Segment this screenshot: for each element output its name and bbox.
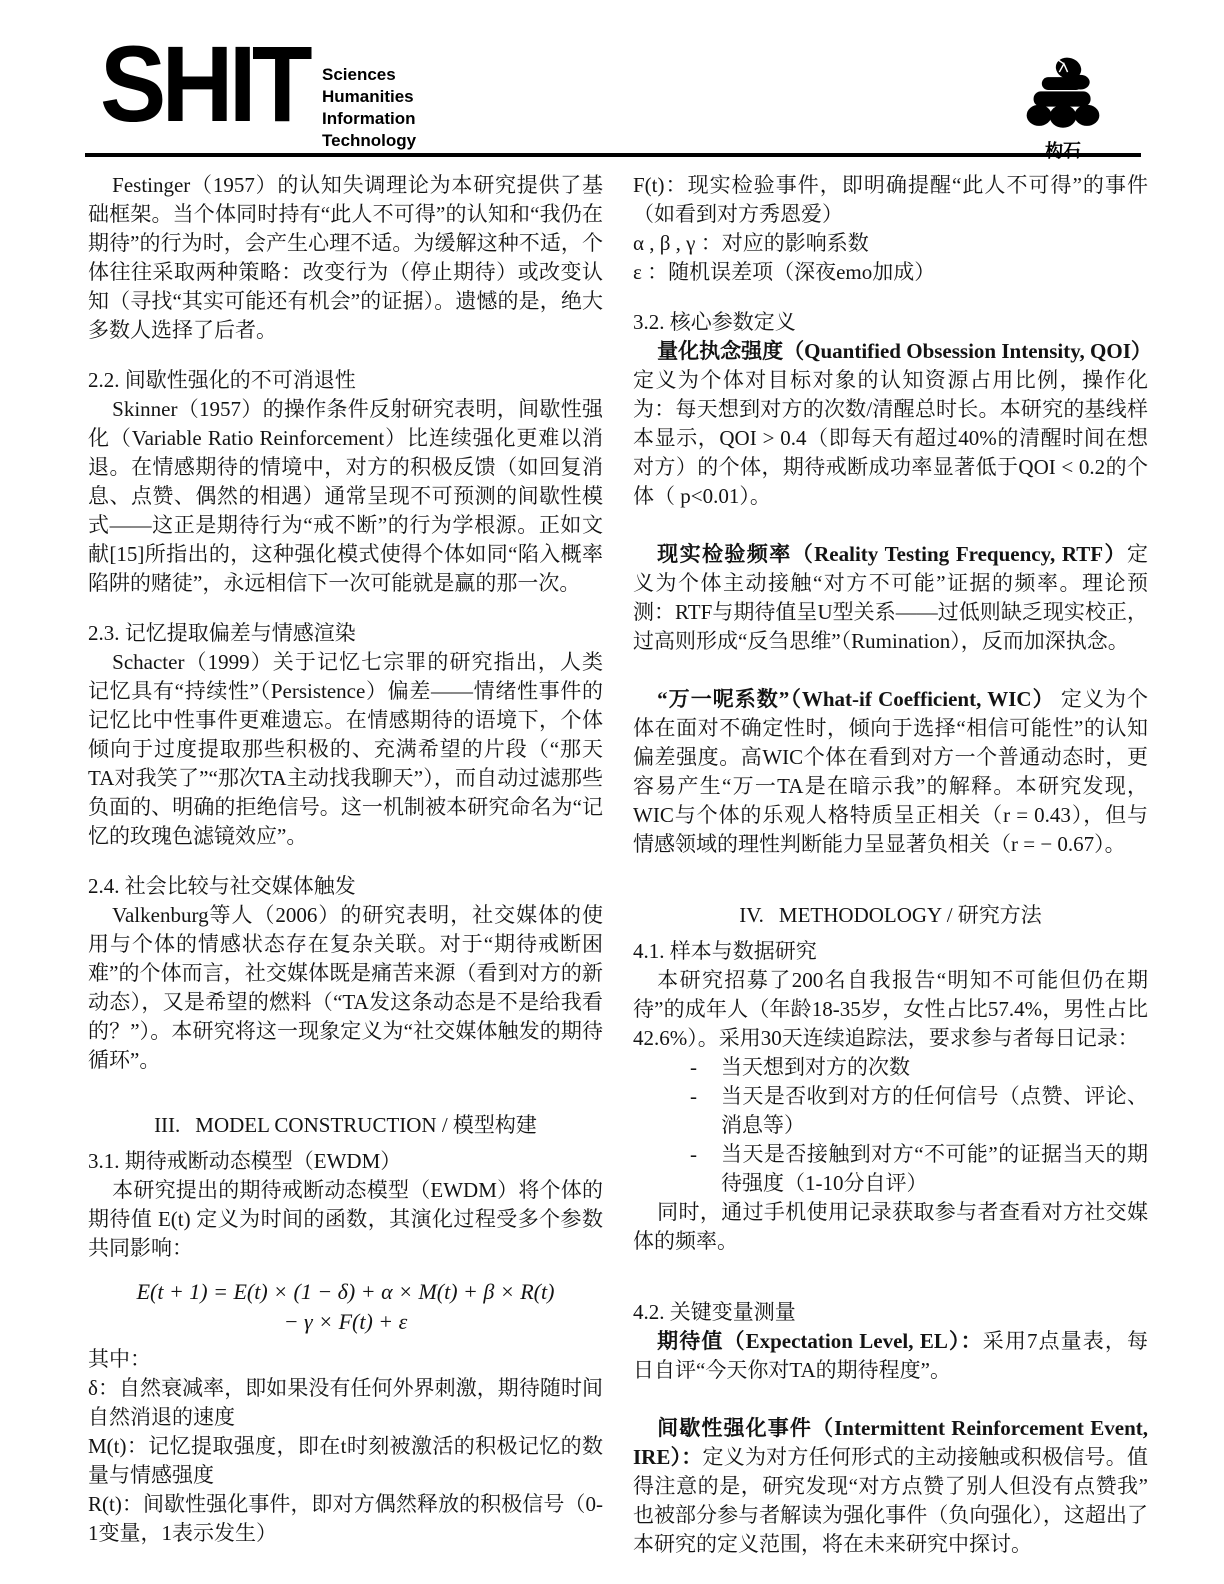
stone-stack-icon (1017, 56, 1109, 136)
header-divider (85, 153, 1141, 157)
publisher-logo: 构石 (1008, 56, 1118, 163)
paper-page: SHIT Sciences Humanities Information Tec… (0, 0, 1224, 1584)
daily-log-list: -当天想到对方的次数 -当天是否收到对方的任何信号（点赞、评论、消息等） -当天… (633, 1053, 1148, 1198)
section-title: MODEL CONSTRUCTION / 模型构建 (195, 1113, 537, 1137)
section-number: IV. (739, 903, 764, 927)
section-heading-4-2: 4.2. 关键变量测量 (633, 1298, 1148, 1327)
param-m: M(t)：记忆提取强度，即在t时刻被激活的积极记忆的数量与情感强度 (88, 1432, 603, 1490)
list-item: -当天是否收到对方的任何信号（点赞、评论、消息等） (633, 1082, 1148, 1140)
paragraph-festinger: Festinger（1957）的认知失调理论为本研究提供了基础框架。当个体同时持… (88, 171, 603, 345)
paragraph-skinner: Skinner（1957）的操作条件反射研究表明，间歇性强化（Variable … (88, 395, 603, 598)
journal-logo: SHIT (100, 30, 308, 138)
two-column-body: Festinger（1957）的认知失调理论为本研究提供了基础框架。当个体同时持… (88, 171, 1148, 1559)
list-item-text: 当天是否收到对方的任何信号（点赞、评论、消息等） (721, 1082, 1148, 1140)
ewdm-formula: E(t + 1) = E(t) × (1 − δ) + α × M(t) + β… (88, 1277, 603, 1337)
section-heading-3: III.MODEL CONSTRUCTION / 模型构建 (88, 1111, 603, 1140)
param-f: F(t)：现实检验事件，即明确提醒“此人不可得”的事件（如看到对方秀恩爱） (633, 171, 1148, 229)
section-title: METHODOLOGY / 研究方法 (779, 903, 1042, 927)
section-heading-3-2: 3.2. 核心参数定义 (633, 308, 1148, 337)
definition-wic: “万一呢系数”（What-if Coefficient, WIC） 定义为个体在… (633, 685, 1148, 859)
bullet-dash: - (690, 1082, 721, 1140)
journal-name-line: Sciences (322, 64, 416, 86)
definition-qoi: 量化执念强度（Quantified Obsession Intensity, Q… (633, 337, 1148, 511)
param-epsilon: ε ：随机误差项（深夜emo加成） (633, 258, 1148, 287)
list-item: -当天想到对方的次数 (633, 1053, 1148, 1082)
definition-qoi-text: 定义为个体对目标对象的认知资源占用比例，操作化为：每天想到对方的次数/清醒总时长… (633, 368, 1148, 508)
section-heading-3-1: 3.1. 期待戒断动态模型（EWDM） (88, 1147, 603, 1176)
bullet-dash: - (690, 1053, 721, 1082)
term-wic: “万一呢系数”（What-if Coefficient, WIC） (657, 687, 1055, 711)
list-item: -当天是否接触到对方“不可能”的证据当天的期待强度（1-10分自评） (633, 1140, 1148, 1198)
list-item-text: 当天是否接触到对方“不可能”的证据当天的期待强度（1-10分自评） (721, 1140, 1148, 1198)
term-el: 期待值（Expectation Level, EL）： (657, 1329, 983, 1353)
definition-el: 期待值（Expectation Level, EL）：采用7点量表，每日自评“今… (633, 1327, 1148, 1385)
right-column: F(t)：现实检验事件，即明确提醒“此人不可得”的事件（如看到对方秀恩爱） α … (633, 171, 1148, 1559)
formula-line-2: − γ × F(t) + ε (88, 1307, 603, 1337)
formula-line-1: E(t + 1) = E(t) × (1 − δ) + α × M(t) + β… (88, 1277, 603, 1307)
param-delta: δ：自然衰减率，即如果没有任何外界刺激，期待随时间自然消退的速度 (88, 1374, 603, 1432)
section-heading-2-2: 2.2. 间歇性强化的不可消退性 (88, 366, 603, 395)
section-number: III. (154, 1113, 180, 1137)
paragraph-sample: 本研究招募了200名自我报告“明知不可能但仍在期待”的成年人（年龄18-35岁，… (633, 966, 1148, 1053)
journal-name-line: Technology (322, 130, 416, 152)
paragraph-ewdm-intro: 本研究提出的期待戒断动态模型（EWDM）将个体的期待值 E(t) 定义为时间的函… (88, 1176, 603, 1263)
publisher-name: 构石 (1008, 137, 1118, 163)
paragraph-schacter: Schacter（1999）关于记忆七宗罪的研究指出，人类记忆具有“持续性”（P… (88, 648, 603, 851)
paragraph-valkenburg: Valkenburg等人（2006）的研究表明，社交媒体的使用与个体的情感状态存… (88, 901, 603, 1075)
section-heading-2-4: 2.4. 社会比较与社交媒体触发 (88, 872, 603, 901)
term-qoi: 量化执念强度（Quantified Obsession Intensity, Q… (657, 339, 1152, 363)
definition-wic-text: 定义为个体在面对不确定性时，倾向于选择“相信可能性”的认知偏差强度。高WIC个体… (633, 687, 1148, 856)
where-label: 其中： (88, 1345, 603, 1374)
bullet-dash: - (690, 1140, 721, 1198)
paragraph-tracking-note: 同时，通过手机使用记录获取参与者查看对方社交媒体的频率。 (633, 1198, 1148, 1256)
section-heading-2-3: 2.3. 记忆提取偏差与情感渲染 (88, 619, 603, 648)
section-heading-4: IV.METHODOLOGY / 研究方法 (633, 901, 1148, 930)
section-heading-4-1: 4.1. 样本与数据研究 (633, 937, 1148, 966)
left-column: Festinger（1957）的认知失调理论为本研究提供了基础框架。当个体同时持… (88, 171, 603, 1559)
param-alpha-beta-gamma: α , β , γ ：对应的影响系数 (633, 229, 1148, 258)
journal-name-line: Humanities (322, 86, 416, 108)
journal-name: Sciences Humanities Information Technolo… (322, 64, 416, 152)
journal-name-line: Information (322, 108, 416, 130)
definition-ire-text: 定义为对方任何形式的主动接触或积极信号。值得注意的是，研究发现“对方点赞了别人但… (633, 1445, 1148, 1556)
definition-rtf: 现实检验频率（Reality Testing Frequency, RTF）定义… (633, 540, 1148, 656)
param-r: R(t)：间歇性强化事件，即对方偶然释放的积极信号（0-1变量，1表示发生） (88, 1490, 603, 1548)
list-item-text: 当天想到对方的次数 (721, 1053, 1148, 1082)
definition-ire: 间歇性强化事件（Intermittent Reinforcement Event… (633, 1414, 1148, 1559)
journal-masthead: SHIT Sciences Humanities Information Tec… (100, 56, 1148, 152)
term-rtf: 现实检验频率（Reality Testing Frequency, RTF） (657, 542, 1127, 566)
